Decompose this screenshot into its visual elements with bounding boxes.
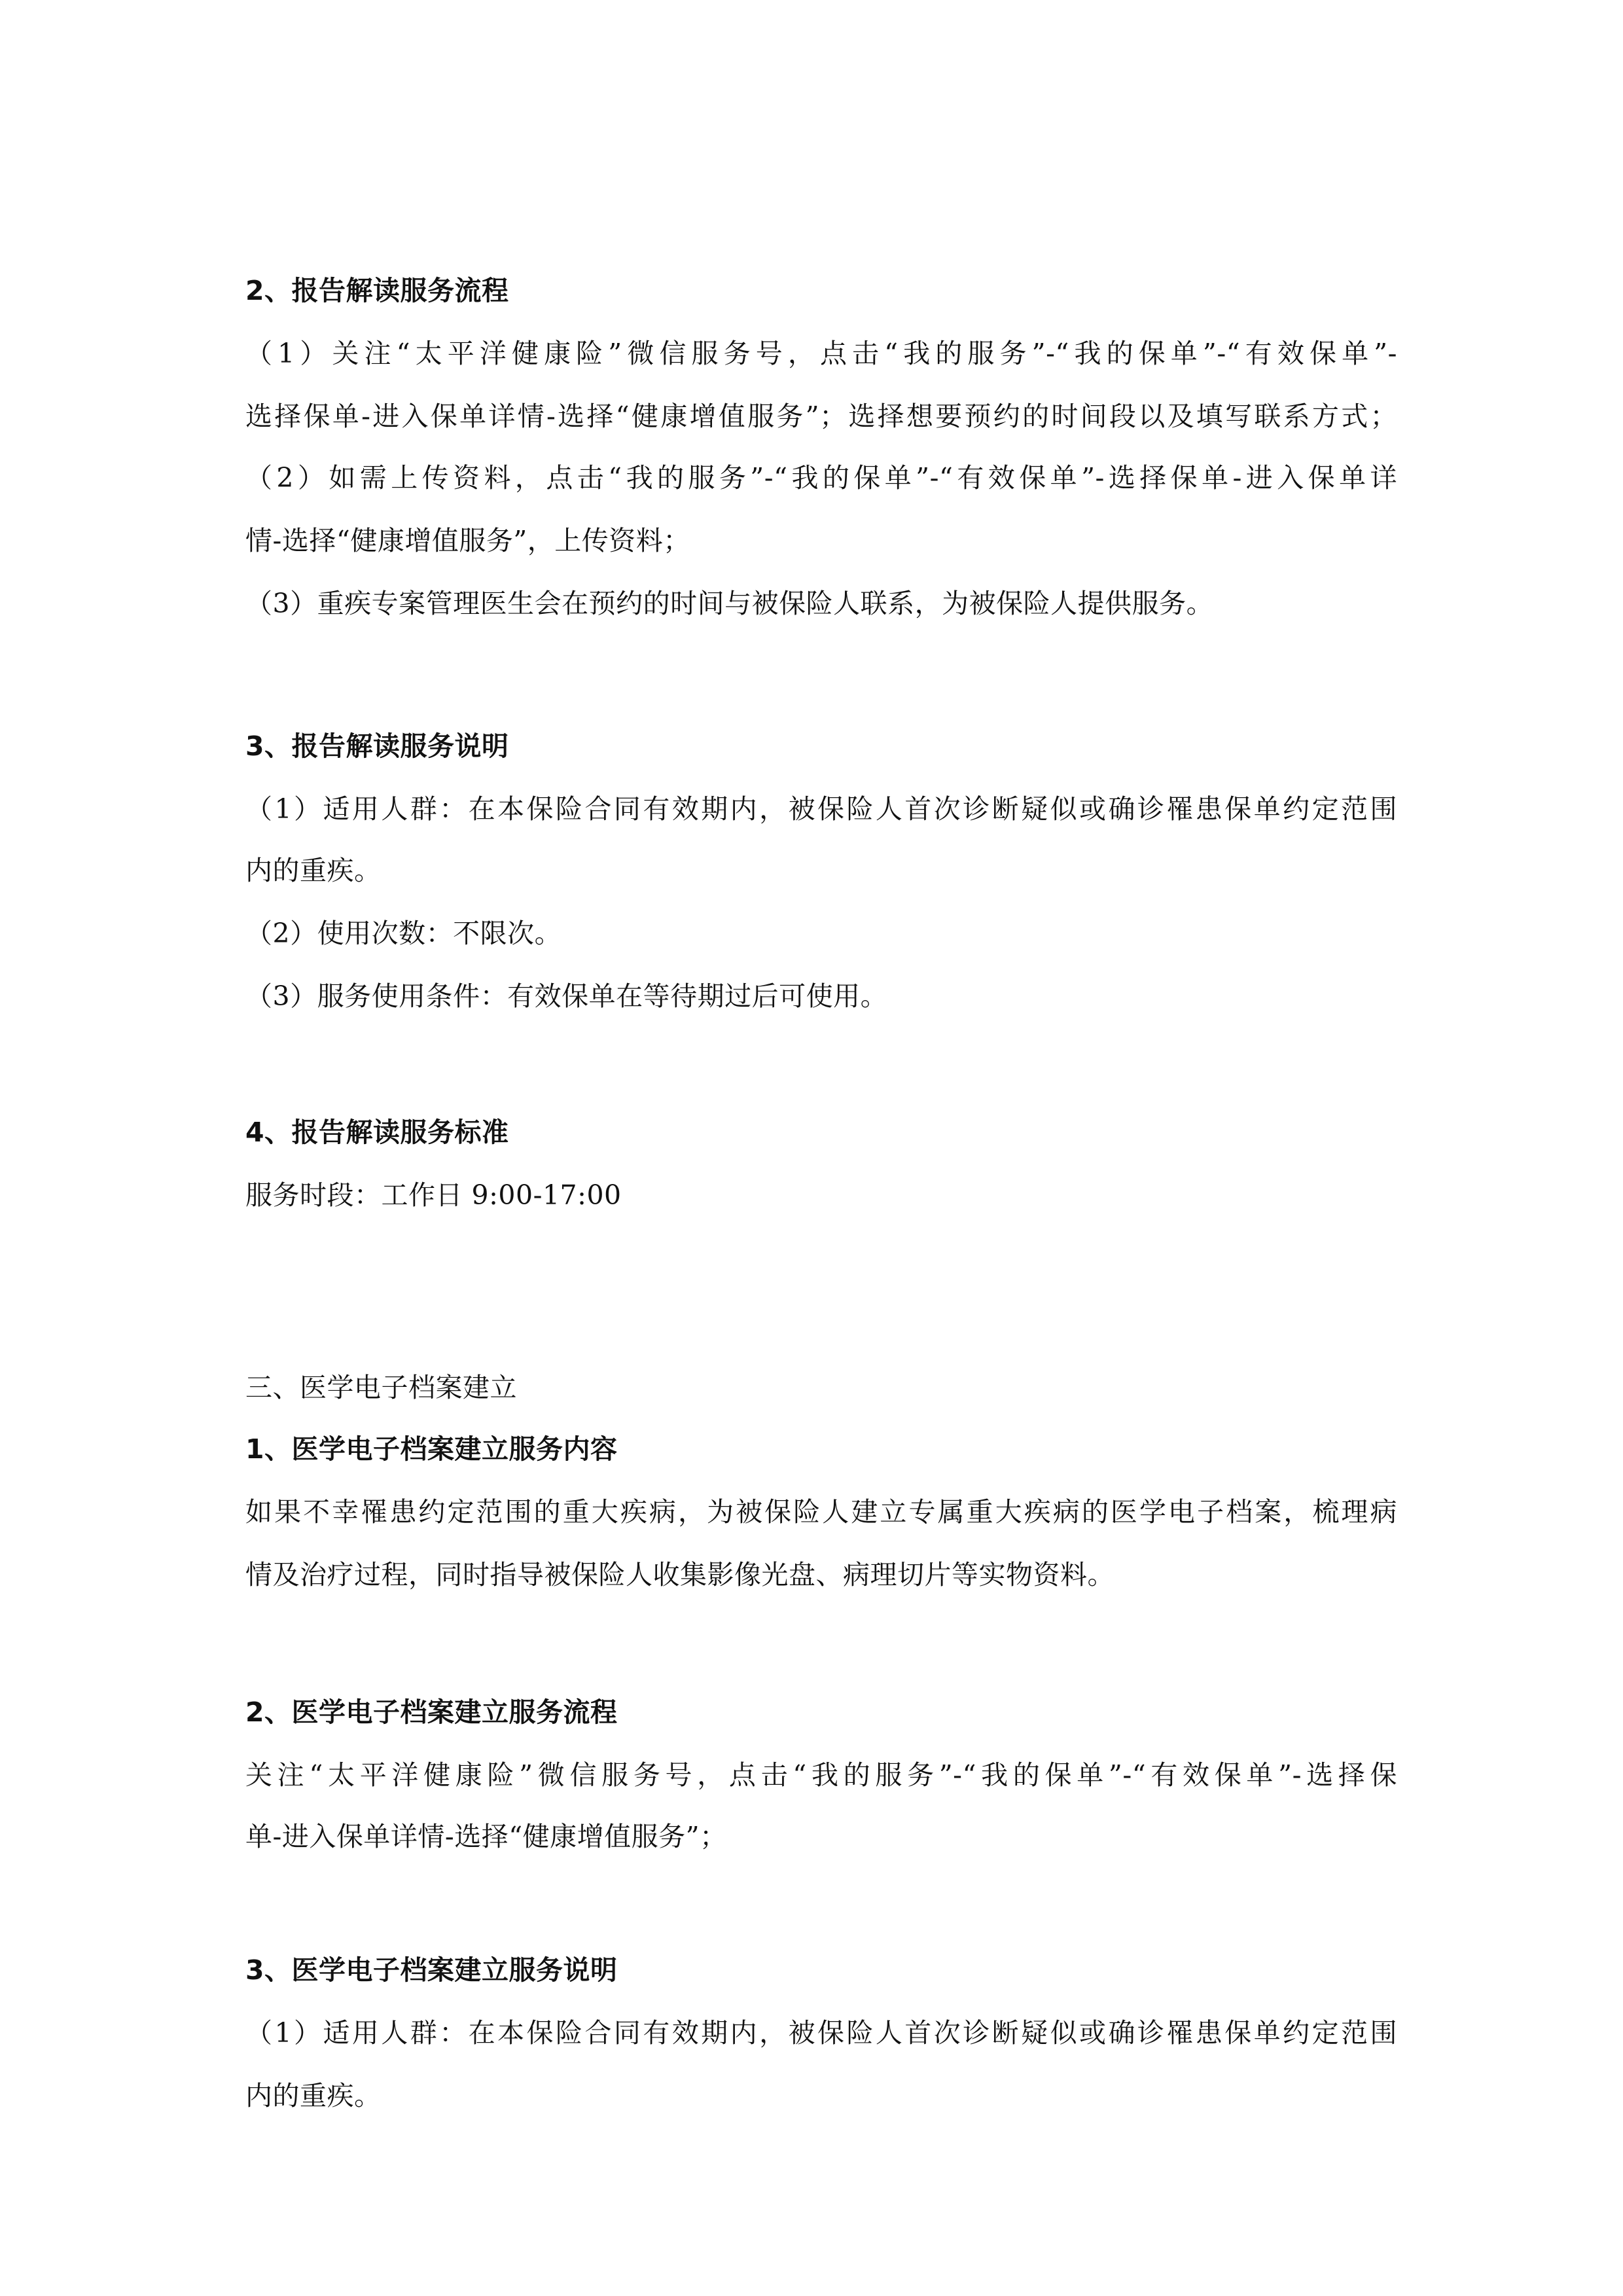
paragraph-line: （2）使用次数：不限次。 — [245, 914, 1397, 953]
paragraph-line: 单-进入保单详情-选择“健康增值服务”； — [245, 1817, 1397, 1856]
section-heading: 3、报告解读服务说明 — [245, 726, 1397, 766]
paragraph-line: （1）适用人群：在本保险合同有效期内，被保险人首次诊断疑似或确诊罹患保单约定范围 — [245, 2013, 1397, 2053]
paragraph-line: （2）如需上传资料，点击“我的服务”-“我的保单”-“有效保单”-选择保单-进入… — [245, 458, 1397, 497]
chapter-heading: 三、医学电子档案建立 — [245, 1368, 1397, 1407]
paragraph-line: （3）服务使用条件：有效保单在等待期过后可使用。 — [245, 977, 1397, 1016]
paragraph-line: 内的重疾。 — [245, 2076, 1397, 2115]
paragraph-line: 选择保单-进入保单详情-选择“健康增值服务”；选择想要预约的时间段以及填写联系方… — [245, 397, 1397, 436]
section-heading: 2、报告解读服务流程 — [245, 271, 1397, 310]
paragraph-line: （3）重疾专案管理医生会在预约的时间与被保险人联系，为被保险人提供服务。 — [245, 584, 1397, 623]
paragraph-line: 情-选择“健康增值服务”，上传资料； — [245, 521, 1397, 560]
paragraph-line: 如果不幸罹患约定范围的重大疾病，为被保险人建立专属重大疾病的医学电子档案，梳理病 — [245, 1492, 1397, 1532]
paragraph-line: 内的重疾。 — [245, 851, 1397, 890]
section-heading: 4、报告解读服务标准 — [245, 1113, 1397, 1152]
paragraph-line: 服务时段：工作日 9:00-17:00 — [245, 1175, 1397, 1215]
paragraph-line: （1）关注“太平洋健康险”微信服务号，点击“我的服务”-“我的保单”-“有效保单… — [245, 334, 1397, 373]
paragraph-line: （1）适用人群：在本保险合同有效期内，被保险人首次诊断疑似或确诊罹患保单约定范围 — [245, 789, 1397, 829]
section-heading: 2、医学电子档案建立服务流程 — [245, 1693, 1397, 1732]
paragraph-line: 情及治疗过程，同时指导被保险人收集影像光盘、病理切片等实物资料。 — [245, 1555, 1397, 1594]
section-heading: 1、医学电子档案建立服务内容 — [245, 1429, 1397, 1469]
section-heading: 3、医学电子档案建立服务说明 — [245, 1950, 1397, 1990]
paragraph-line: 关注“太平洋健康险”微信服务号，点击“我的服务”-“我的保单”-“有效保单”-选… — [245, 1755, 1397, 1795]
